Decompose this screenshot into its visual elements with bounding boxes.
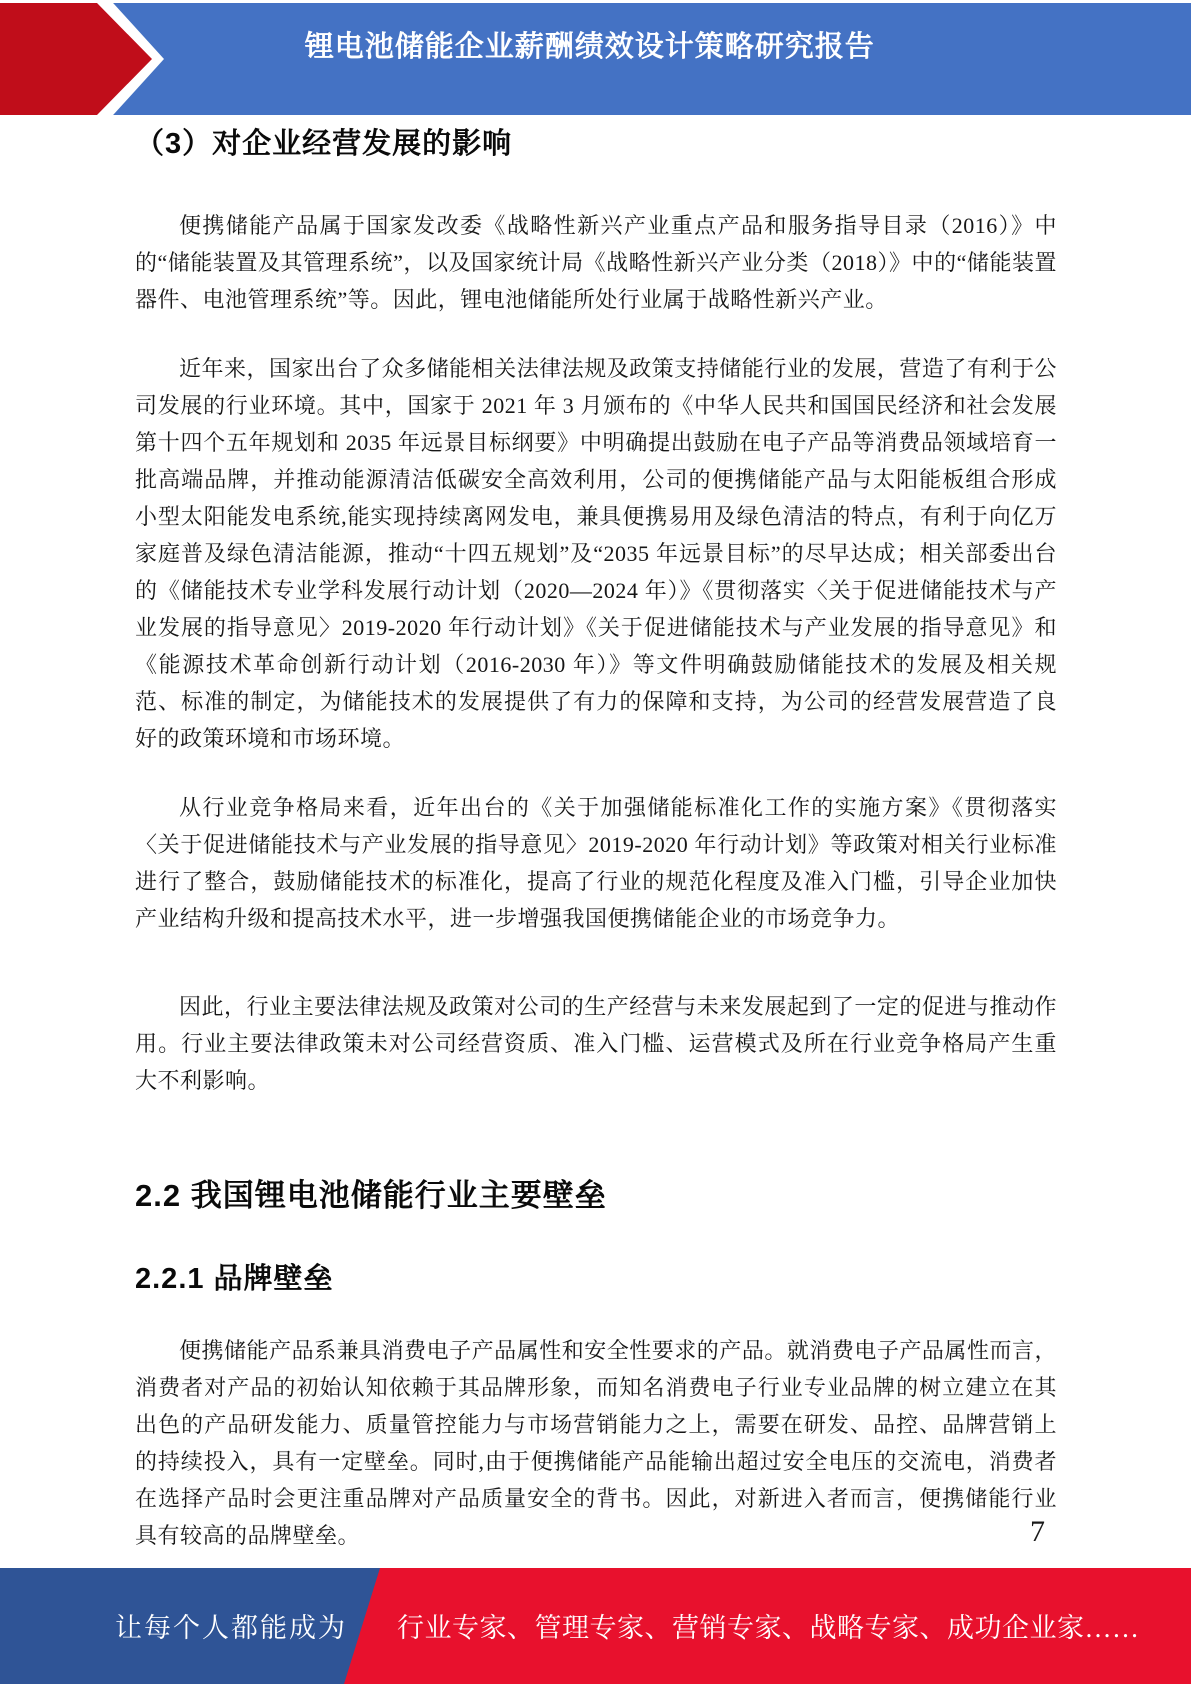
report-page: 锂电池储能企业薪酬绩效设计策略研究报告 （3）对企业经营发展的影响 便携储能产品… [0, 0, 1191, 1684]
footer-banner: 让每个人都能成为 行业专家、管理专家、营销专家、战略专家、成功企业家…… [0, 1568, 1191, 1684]
paragraph: 因此，行业主要法律法规及政策对公司的生产经营与未来发展起到了一定的促进与推动作用… [135, 988, 1057, 1099]
page-number: 7 [1030, 1517, 1045, 1547]
paragraph: 便携储能产品属于国家发改委《战略性新兴产业重点产品和服务指导目录（2016）》中… [135, 207, 1057, 318]
paragraph: 从行业竞争格局来看，近年出台的《关于加强储能标准化工作的实施方案》《贯彻落实〈关… [135, 789, 1057, 937]
footer-slogan-right: 行业专家、管理专家、营销专家、战略专家、成功企业家…… [397, 1615, 1140, 1642]
document-body: （3）对企业经营发展的影响 便携储能产品属于国家发改委《战略性新兴产业重点产品和… [135, 0, 1057, 1554]
heading-item-3: （3）对企业经营发展的影响 [135, 126, 1057, 162]
paragraph: 便携储能产品系兼具消费电子产品属性和安全性要求的产品。就消费电子产品属性而言，消… [135, 1332, 1057, 1554]
subsection-heading-2-2-1: 2.2.1 品牌壁垒 [135, 1260, 1057, 1298]
section-heading-2-2: 2.2 我国锂电池储能行业主要壁垒 [135, 1176, 1057, 1216]
footer-slogan-left: 让每个人都能成为 [115, 1615, 347, 1642]
paragraph: 近年来，国家出台了众多储能相关法律法规及政策支持储能行业的发展，营造了有利于公司… [135, 350, 1057, 757]
